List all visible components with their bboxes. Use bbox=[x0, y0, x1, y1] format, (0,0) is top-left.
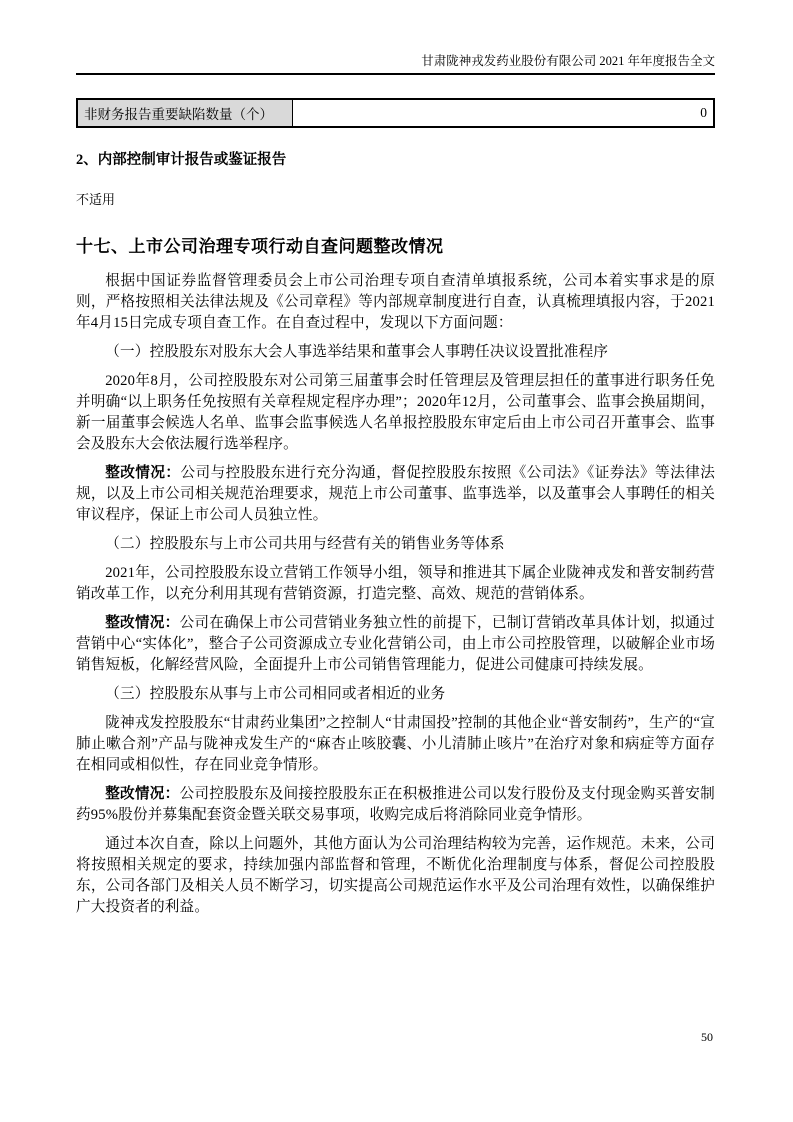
page-header: 甘肃陇神戎发药业股份有限公司 2021 年年度报告全文 bbox=[76, 54, 715, 75]
report-page: 甘肃陇神戎发药业股份有限公司 2021 年年度报告全文 非财务报告重要缺陷数量（… bbox=[0, 0, 793, 1122]
paragraph-item-2-title: （二）控股股东与上市公司共用与经营有关的销售业务等体系 bbox=[76, 534, 715, 555]
section-2-heading: 2、内部控制审计报告或鉴证报告 bbox=[76, 151, 715, 169]
defect-count-label-cell: 非财务报告重要缺陷数量（个） bbox=[77, 99, 293, 127]
paragraph-item-1-rectification: 整改情况：公司与控股股东进行充分沟通，督促控股股东按照《公司法》《证券法》等法律… bbox=[76, 463, 715, 526]
paragraph-item-2-rectification: 整改情况：公司在确保上市公司营销业务独立性的前提下，已制订营销改革具体计划，拟通… bbox=[76, 613, 715, 676]
paragraph-item-3-title: （三）控股股东从事与上市公司相同或者相近的业务 bbox=[76, 684, 715, 705]
paragraph-item-3-body: 陇神戎发控股股东“甘肃药业集团”之控制人“甘肃国投”控制的其他企业“普安制药”，… bbox=[76, 713, 715, 776]
rectification-lead: 整改情况： bbox=[105, 615, 179, 631]
page-number: 50 bbox=[701, 1030, 713, 1044]
rectification-lead: 整改情况： bbox=[105, 465, 180, 481]
paragraph-item-1-body: 2020年8月，公司控股股东对公司第三届董事会时任管理层及管理层担任的董事进行职… bbox=[76, 371, 715, 455]
defect-count-value-cell: 0 bbox=[293, 99, 715, 127]
paragraph-item-3-rectification: 整改情况：公司控股股东及间接控股股东正在积极推进公司以发行股份及支付现金购买普安… bbox=[76, 784, 715, 826]
defect-count-table: 非财务报告重要缺陷数量（个） 0 bbox=[76, 98, 715, 128]
paragraph-item-2-body: 2021年，公司控股股东设立营销工作领导小组，领导和推进其下属企业陇神戎发和普安… bbox=[76, 563, 715, 605]
rectification-lead: 整改情况： bbox=[105, 786, 179, 802]
paragraph-intro: 根据中国证券监督管理委员会上市公司治理专项自查清单填报系统，公司本着实事求是的原… bbox=[76, 271, 715, 334]
section-2-not-applicable: 不适用 bbox=[76, 192, 715, 208]
paragraph-conclusion: 通过本次自查，除以上问题外，其他方面认为公司治理结构较为完善，运作规范。未来，公… bbox=[76, 834, 715, 918]
section-17-heading: 十七、上市公司治理专项行动自查问题整改情况 bbox=[76, 236, 715, 258]
paragraph-item-1-title: （一）控股股东对股东大会人事选举结果和董事会人事聘任决议设置批准程序 bbox=[76, 342, 715, 363]
report-title: 甘肃陇神戎发药业股份有限公司 2021 年年度报告全文 bbox=[421, 54, 715, 68]
section-17-content: 根据中国证券监督管理委员会上市公司治理专项自查清单填报系统，公司本着实事求是的原… bbox=[76, 271, 715, 918]
table-row: 非财务报告重要缺陷数量（个） 0 bbox=[77, 99, 714, 127]
